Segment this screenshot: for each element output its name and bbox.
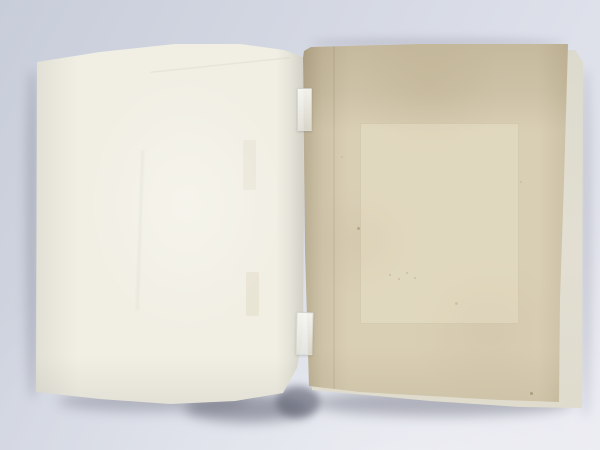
tape-strip bbox=[297, 88, 312, 131]
tape-layer bbox=[0, 0, 600, 450]
tape-strip bbox=[295, 312, 313, 355]
photo-open-folio bbox=[0, 0, 600, 450]
